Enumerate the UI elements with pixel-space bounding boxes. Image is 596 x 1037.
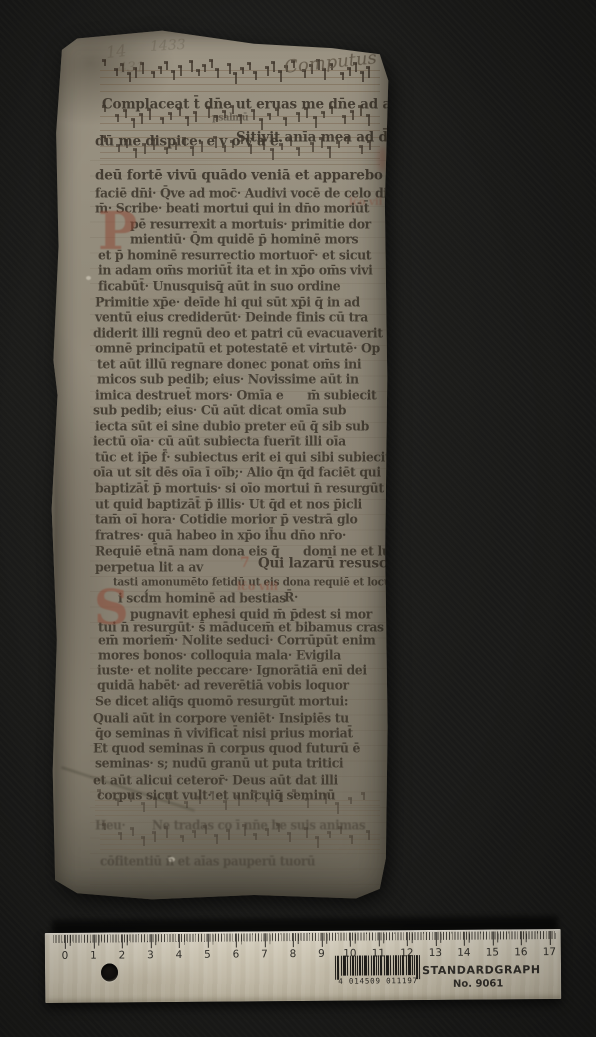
neume-mark: [272, 149, 274, 160]
computus-title-inscription: Computus: [283, 47, 378, 78]
manuscript-line: Et quod seminas n̄ corpus quod futurū ē: [93, 740, 360, 756]
staff-line: [100, 844, 380, 845]
neume-mark: [143, 803, 145, 812]
staff-line: [100, 123, 380, 124]
neume-mark: [347, 137, 349, 144]
neume-mark: [205, 826, 207, 834]
manuscript-line: micos sub pedib; eius· Novissime aūt in: [97, 371, 359, 387]
staff-line: [100, 152, 380, 153]
neume-mark: [125, 110, 127, 118]
neume-mark: [118, 145, 120, 152]
ruling-lines: [90, 160, 392, 900]
neume-mark: [116, 69, 118, 76]
staff-line: [95, 815, 380, 816]
neume-mark: [126, 140, 128, 148]
manuscript-line: pugnavit ephesi quid m̄ p̄dest si mor: [130, 606, 372, 622]
rubric-red-text: lc̄o viii: [237, 580, 278, 593]
barcode-digits: 4 014509 011197: [333, 976, 423, 986]
manuscript-line: seminas· s; nudū granū ut puta tritici: [95, 755, 343, 771]
manuscript-line: iectū oīa· cū aūt subiecta fuerīt illi o…: [93, 433, 346, 449]
staff-line: [100, 116, 380, 117]
neume-mark: [249, 63, 251, 70]
neume-mark: [363, 793, 365, 800]
neume-mark: [329, 147, 331, 158]
neume-mark: [153, 139, 155, 150]
neume-mark: [133, 119, 135, 128]
neume-mark: [351, 836, 353, 844]
neume-mark: [186, 802, 188, 808]
neume-mark: [132, 828, 134, 836]
neume-mark: [241, 136, 243, 144]
neume-mark: [195, 112, 197, 122]
cm-number: 17: [543, 946, 556, 958]
cm-tick: [293, 933, 294, 947]
neume-mark: [344, 116, 346, 124]
neume-mark: [179, 108, 181, 116]
manuscript-line: ut quid baptizāt̄ p̄ illis· Ut q̄d et no…: [95, 496, 362, 512]
cm-number: 14: [457, 947, 470, 959]
staff-line: [100, 130, 380, 131]
manuscript-line: Primitie xp̄e· deīde hi qui sūt xp̄i q̄ …: [95, 294, 360, 310]
red-ink-smudge: [378, 146, 387, 172]
neume-mark: [149, 109, 151, 120]
staff-line: [100, 84, 380, 85]
manuscript-line: tasti amonumēto fetidū ut eis dona requi…: [113, 576, 391, 589]
neume-mark: [166, 148, 168, 154]
manuscript-line: tet aūt illū regnare donec ponat om̄s in…: [97, 356, 361, 372]
neume-mark: [331, 64, 333, 70]
manuscript-line: i scd́m hominē ad bestias: [118, 590, 286, 606]
manuscript-line: Requiē et̄nā nam dona eis q̄ domi ne et …: [95, 543, 405, 559]
cm-number: 2: [119, 949, 126, 961]
neume-mark: [369, 141, 371, 150]
neume-mark: [141, 114, 143, 124]
red-initial-s: S: [94, 584, 129, 632]
parchment-crease: [61, 766, 195, 811]
cm-tick: [350, 933, 351, 947]
manuscript-line: Se dicet aliq̄s quomō resurgūt mortui:: [95, 693, 348, 709]
cm-tick: [407, 932, 408, 946]
staff-line: [100, 91, 380, 92]
staff-line: [100, 164, 380, 165]
neume-mark: [263, 140, 265, 150]
staff-line: [100, 146, 380, 147]
neume-mark: [255, 834, 257, 840]
neume-mark: [368, 115, 370, 126]
cm-number: 7: [261, 948, 268, 960]
staff-line: [100, 137, 380, 138]
cm-tick: [236, 934, 237, 948]
cm-tick: [435, 932, 436, 946]
parchment-shadow-wrap: Complaceat t̄ dn̄e ut eruas me dn̄e ad a…: [50, 28, 390, 902]
ruler-model-number: No. 9061: [422, 978, 534, 990]
neume-mark: [293, 61, 295, 68]
parchment-speck: [86, 276, 91, 280]
photo-canvas: Complaceat t̄ dn̄e ut eruas me dn̄e ad a…: [0, 0, 596, 1037]
cm-number: 16: [514, 946, 527, 958]
manuscript-line: quidā habēt· ad reverētiā vobis loquor: [97, 677, 349, 693]
music-staff: [100, 60, 380, 95]
staff-line: [95, 800, 380, 801]
cm-number: 5: [204, 949, 211, 961]
manuscript-line: fratres· quā habeo in xp̄o ih̄u dn̄o nr̄…: [95, 527, 346, 543]
staff-line: [95, 805, 380, 806]
cm-number: 13: [429, 947, 442, 959]
neume-mark: [120, 833, 122, 840]
neume-mark: [311, 65, 313, 74]
neume-mark: [216, 116, 218, 122]
cm-tick: [93, 935, 94, 949]
staff-line: [100, 77, 380, 78]
neume-mark: [323, 112, 325, 118]
manuscript-page: Complaceat t̄ dn̄e ut eruas me dn̄e ad a…: [50, 28, 390, 902]
neume-mark: [250, 145, 252, 154]
neume-mark: [217, 69, 219, 78]
neume-mark: [117, 115, 119, 122]
neume-mark: [104, 824, 106, 830]
parchment-torn-edge-highlight: [50, 28, 56, 902]
cm-tick: [464, 932, 465, 946]
neume-mark: [289, 833, 291, 842]
neume-mark: [135, 68, 137, 78]
cm-number: 0: [62, 950, 69, 962]
neume-mark: [130, 794, 132, 802]
neume-mark: [286, 66, 288, 72]
neume-mark: [298, 113, 300, 122]
faint-number-annotation: 1433: [150, 37, 186, 55]
manuscript-line: mores bonos· colloquia mala· Evigila: [98, 647, 341, 663]
manuscript-line: m̄· Scribe· beati mortui qui in dn̄o mor…: [95, 200, 369, 216]
neume-mark: [143, 837, 145, 846]
neume-mark: [235, 73, 237, 84]
manuscript-line: R̄·: [284, 589, 298, 605]
cm-number: 9: [318, 948, 325, 960]
neume-mark: [267, 829, 269, 836]
barcode-bars: [335, 955, 421, 976]
neume-mark: [192, 147, 194, 156]
staff-line: [100, 839, 380, 840]
faint-number-annotation: 14: [105, 41, 127, 62]
neume-mark: [153, 72, 155, 78]
neume-mark: [229, 64, 231, 74]
neume-mark: [184, 138, 186, 146]
neume-mark: [166, 62, 168, 70]
neume-mark: [329, 832, 331, 838]
neume-mark: [349, 68, 351, 76]
cm-tick: [378, 932, 379, 946]
manuscript-line: tui n̄ resurgūt· s̄ māducem̄ et bibamus …: [98, 619, 384, 635]
neume-mark: [340, 827, 342, 834]
neume-mark: [99, 790, 101, 796]
neume-mark: [317, 837, 319, 848]
staff-line: [100, 70, 380, 71]
manuscript-line: tam̄ oī hora· Cotidie morior p̄ vestrā g…: [95, 511, 357, 527]
neume-mark: [261, 119, 263, 130]
neume-mark: [142, 63, 144, 74]
neume-mark: [324, 69, 326, 80]
manuscript-line: pē resurrexit a mortuis· primitie dor: [130, 216, 371, 232]
manuscript-line: Qui lazarū resusci: [258, 555, 392, 572]
ruler-halfcm-ticks: [53, 931, 557, 946]
neume-mark: [201, 142, 203, 152]
manuscript-line: Quali aūt in corpore veniēt· Insipiēs tu: [93, 710, 349, 726]
cm-tick: [264, 933, 265, 947]
neume-mark: [342, 73, 344, 80]
neume-mark: [315, 117, 317, 128]
neume-mark: [191, 61, 193, 72]
manuscript-line: et aūt alicui ceteror̄· Deus aūt dat ill…: [93, 772, 338, 788]
manuscript-line: tūc et ip̄e f̄· subiectus erit ei qui si…: [95, 449, 390, 465]
manuscript-line: q̄o seminas n̄ vivificat̄ nisi prius mor…: [95, 725, 353, 741]
rubric-red-text: lc̄o vii: [349, 197, 382, 208]
neume-mark: [170, 113, 172, 120]
neume-mark: [338, 142, 340, 148]
neume-mark: [318, 60, 320, 70]
neume-mark: [255, 72, 257, 80]
neume-mark: [162, 118, 164, 124]
neume-mark: [129, 73, 131, 82]
manuscript-line: psalmū: [212, 112, 248, 124]
cm-number: 15: [486, 946, 499, 958]
neume-mark: [253, 110, 255, 120]
neume-mark: [255, 791, 257, 802]
manuscript-line: iecta sūt ei sine dubio preter eū q̄ sib…: [95, 418, 369, 434]
neume-mark: [298, 148, 300, 156]
neume-mark: [168, 793, 170, 804]
neume-mark: [240, 115, 242, 124]
manuscript-line: mientiū· Q̄m quidē p̄ hominē mors: [130, 231, 358, 247]
neume-mark: [204, 65, 206, 72]
neume-mark: [355, 63, 357, 72]
cm-tick: [150, 934, 151, 948]
manuscript-line: ventū eius crediderūt· Deinde finis cū t…: [95, 309, 368, 325]
neume-mark: [232, 141, 234, 148]
cm-number: 1: [90, 950, 97, 962]
manuscript-line: et p̄ hominē resurrectio mortuor̄· et si…: [98, 247, 371, 263]
manuscript-line: cōfitentiū n̄ et aīas pauperū tuorū: [100, 854, 315, 869]
neume-mark: [290, 139, 292, 146]
manuscript-line: omnē principatū et potestatē et virtutē·…: [95, 340, 380, 356]
neume-mark: [122, 64, 124, 72]
music-staff: [100, 824, 380, 853]
manuscript-line: iuste· et nolite peccare· Ignorātiā enī …: [97, 662, 367, 678]
manuscript-line: perpetua lit a av: [95, 559, 203, 575]
neume-mark: [212, 792, 214, 800]
neume-mark: [321, 138, 323, 148]
neume-mark: [280, 71, 282, 82]
ruler-brand-box: STANDARDGRAPH No. 9061: [422, 963, 534, 990]
neume-mark: [104, 60, 106, 66]
ruler: 01234567891011121314151617 4 014509 0111…: [45, 929, 562, 1003]
neume-mark: [194, 831, 196, 838]
neume-mark: [211, 60, 213, 68]
neume-mark: [215, 137, 217, 148]
neume-mark: [269, 114, 271, 120]
manuscript-line: dū me dispice· e v o v a e·: [95, 133, 283, 150]
cm-tick: [492, 932, 493, 946]
neume-mark: [173, 71, 175, 80]
neume-mark: [267, 67, 269, 76]
neume-mark: [182, 836, 184, 842]
neume-mark: [304, 70, 306, 78]
neume-mark: [104, 136, 106, 142]
ruler-hanging-hole: [101, 963, 118, 981]
red-initial-p: P: [98, 206, 137, 258]
neume-mark: [307, 799, 309, 808]
neume-mark: [350, 798, 352, 804]
neume-mark: [198, 70, 200, 76]
manuscript-line: corpus sicut vult· et unicuiq̄ seminū: [97, 787, 335, 803]
cm-tick: [549, 931, 550, 945]
neume-mark: [294, 790, 296, 798]
neume-mark: [368, 831, 370, 840]
neume-mark: [232, 106, 234, 114]
neume-mark: [175, 143, 177, 150]
music-staff: [95, 790, 380, 819]
music-staff: [100, 136, 380, 168]
neume-mark: [216, 835, 218, 844]
cm-tick: [321, 933, 322, 947]
neume-mark: [278, 824, 280, 832]
neume-mark: [166, 827, 168, 838]
ruler-brand: STANDARDGRAPH: [422, 963, 534, 977]
neume-mark: [312, 143, 314, 152]
neume-mark: [104, 106, 106, 112]
manuscript-line: imica destruet̄ mors· Omīa e m̄ subiecit: [95, 387, 376, 403]
neume-mark: [325, 794, 327, 804]
neume-mark: [155, 798, 157, 808]
manuscript-line: Complaceat t̄ dn̄e ut eruas me dn̄e ad a…: [102, 96, 450, 113]
staff-line: [100, 849, 380, 850]
neume-mark: [306, 108, 308, 118]
manuscript-line: em̄ moriem̄· Nolite seduci· Corrūpūt eni…: [98, 632, 375, 648]
neume-mark: [228, 830, 230, 840]
manuscript-line: ficabūt̄· Unusquisq̄ aūt in suo ordine: [98, 278, 340, 294]
manuscript-line: baptizāt̄ p̄ mortuis· si oīo mortui n̄ r…: [95, 480, 384, 496]
manuscript-line: deū fortē vivū quādo veniā et apparebo a…: [95, 167, 405, 184]
staff-line: [95, 810, 380, 811]
cm-tick: [521, 931, 522, 945]
neume-mark: [244, 825, 246, 836]
barcode: 4 014509 011197: [333, 955, 423, 988]
neume-mark: [187, 117, 189, 126]
neume-mark: [154, 832, 156, 842]
cm-tick: [122, 934, 123, 948]
neume-mark: [242, 68, 244, 74]
parchment-speck: [168, 857, 175, 862]
music-staff: [100, 106, 380, 141]
neume-mark: [225, 801, 227, 810]
neume-mark: [180, 66, 182, 76]
neume-mark: [277, 109, 279, 116]
neume-mark: [285, 118, 287, 126]
neume-mark: [281, 144, 283, 150]
cm-tick: [65, 935, 66, 949]
manuscript-line: diderit illi regnū deo et patri cū evacu…: [93, 325, 383, 341]
staff-line: [100, 158, 380, 159]
neume-mark: [268, 800, 270, 806]
rubric-red-text: 7: [240, 555, 250, 571]
neume-mark: [362, 72, 364, 82]
neume-mark: [208, 107, 210, 118]
cm-tick: [179, 934, 180, 948]
faint-number-annotation: 431: [118, 60, 145, 77]
neume-mark: [224, 146, 226, 152]
neume-mark: [352, 111, 354, 120]
manuscript-line: Sitivit anīa mea ad d̄: [236, 129, 388, 146]
cm-number: 6: [233, 949, 240, 961]
manuscript-line: sub pedib; eius· Cū aūt dicat omīa sub: [93, 402, 346, 418]
manuscript-line: Ne tradas co ī nn̄e be suis animas: [152, 818, 365, 833]
manuscript-line: oīa ut sit dēs oīa ī oīb;· Alio q̄n q̄d …: [93, 464, 381, 480]
neume-mark: [117, 799, 119, 806]
cm-number: 8: [290, 948, 297, 960]
neume-mark: [224, 111, 226, 118]
neume-mark: [368, 67, 370, 78]
neume-mark: [144, 144, 146, 154]
cm-number: 4: [176, 949, 183, 961]
neume-mark: [238, 796, 240, 806]
manuscript-line: faciē dn̄i· Q̄ve ad moc̄· Audivi vocē de…: [95, 185, 408, 201]
neume-mark: [331, 107, 333, 114]
cm-tick: [207, 934, 208, 948]
neume-mark: [361, 146, 363, 154]
neume-mark: [135, 149, 137, 158]
cm-number: 3: [147, 949, 154, 961]
manuscript-line: in adam om̄s moriūt̄ ita et in xp̄o om̄s…: [98, 262, 372, 278]
neume-mark: [306, 828, 308, 838]
neume-mark: [281, 795, 283, 802]
neume-mark: [199, 797, 201, 804]
neume-mark: [337, 803, 339, 814]
manuscript-line: Heu·: [95, 818, 125, 833]
neume-mark: [360, 106, 362, 116]
staff-line: [100, 834, 380, 835]
neume-mark: [160, 67, 162, 74]
neume-mark: [273, 62, 275, 72]
